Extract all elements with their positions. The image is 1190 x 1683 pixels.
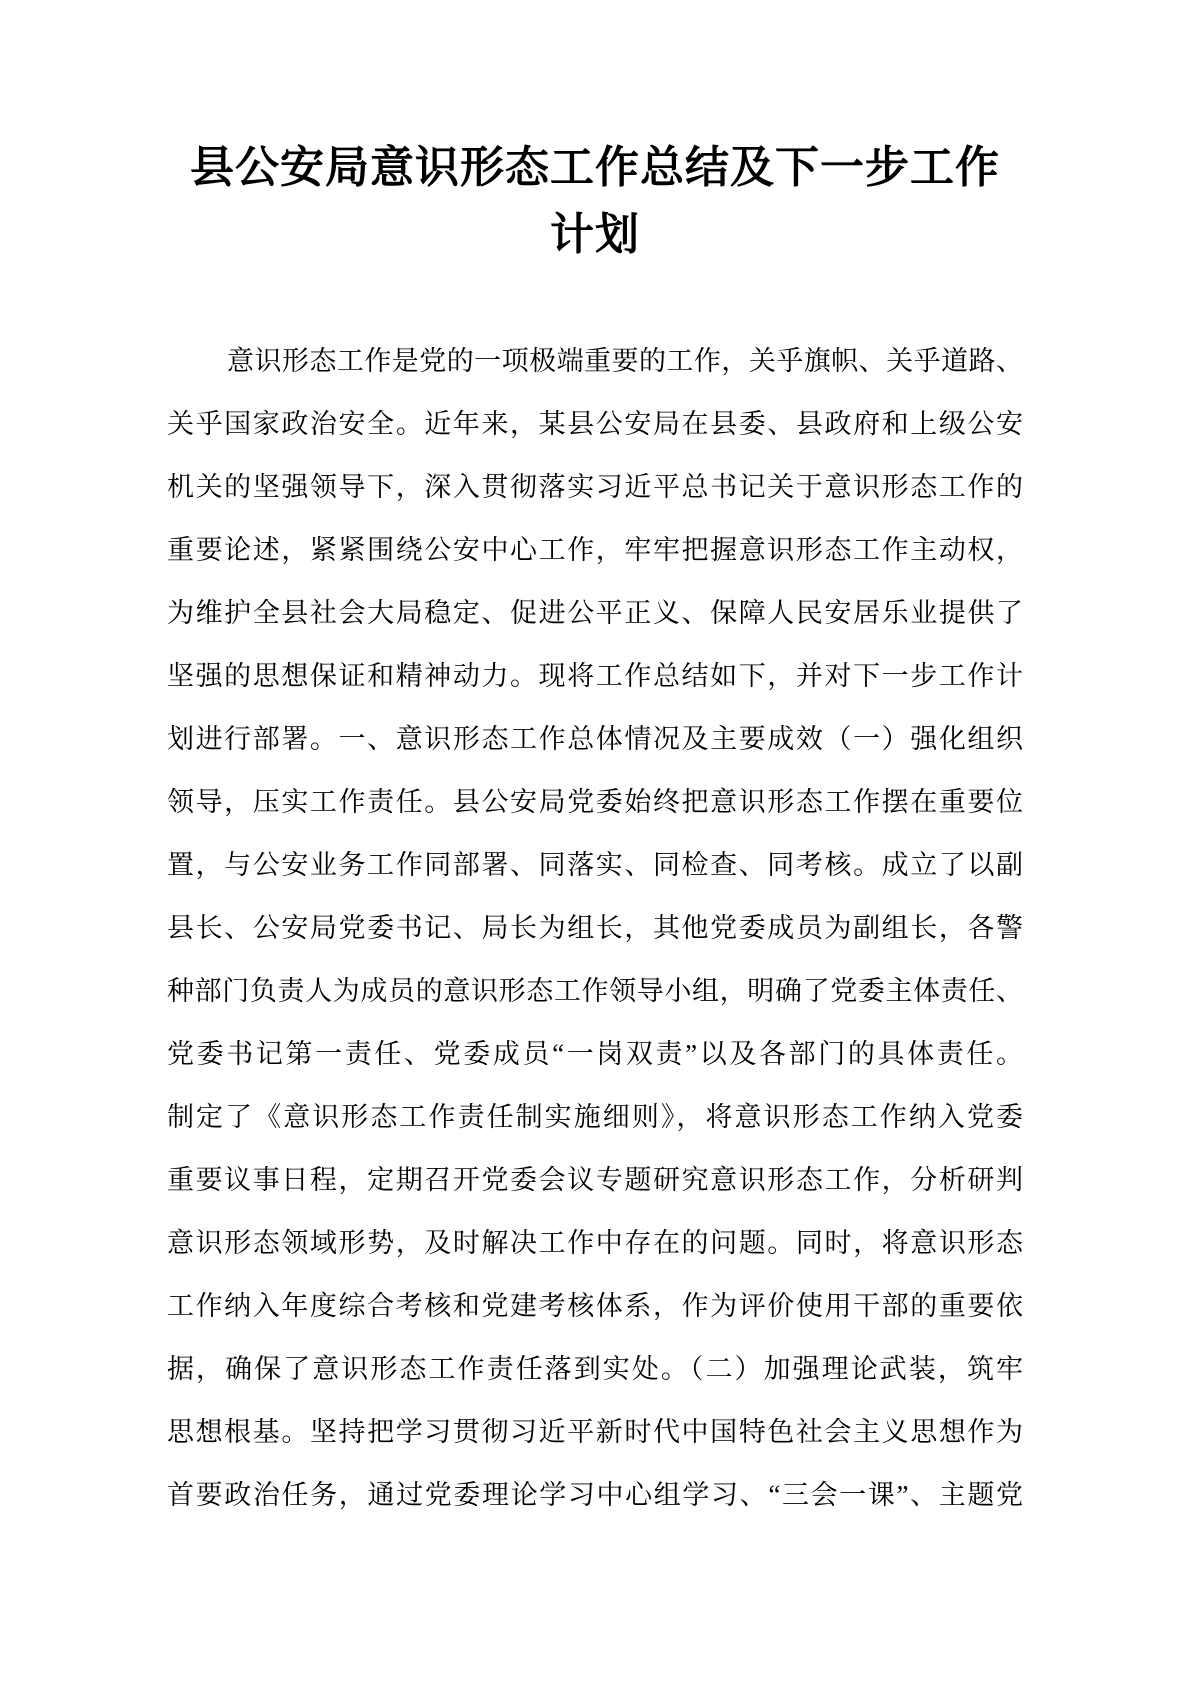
document-title-line-1: 县公安局意识形态工作总结及下一步工作 [135,134,1055,201]
body-line: 关乎国家政治安全。近年来，某县公安局在县委、县政府和上级公安 [167,393,1023,456]
body-line: 划进行部署。一、意识形态工作总体情况及主要成效（一）强化组织 [167,708,1023,771]
body-line: 县长、公安局党委书记、局长为组长，其他党委成员为副组长，各警 [167,897,1023,960]
body-line: 领导，压实工作责任。县公安局党委始终把意识形态工作摆在重要位 [167,771,1023,834]
body-line: 重要论述，紧紧围绕公安中心工作，牢牢把握意识形态工作主动权， [167,519,1023,582]
document-title: 县公安局意识形态工作总结及下一步工作 计划 [135,134,1055,268]
document-body: 意识形态工作是党的一项极端重要的工作，关乎旗帜、关乎道路、 关乎国家政治安全。近… [167,330,1023,1527]
body-line: 意识形态领域形势，及时解决工作中存在的问题。同时，将意识形态 [167,1212,1023,1275]
body-line: 置，与公安业务工作同部署、同落实、同检查、同考核。成立了以副 [167,834,1023,897]
body-line: 工作纳入年度综合考核和党建考核体系，作为评价使用干部的重要依 [167,1275,1023,1338]
body-line: 种部门负责人为成员的意识形态工作领导小组，明确了党委主体责任、 [167,960,1023,1023]
body-line: 首要政治任务，通过党委理论学习中心组学习、“三会一课”、主题党 [167,1464,1023,1527]
document-title-line-2: 计划 [135,201,1055,268]
body-line: 党委书记第一责任、党委成员“一岗双责”以及各部门的具体责任。 [167,1023,1023,1086]
body-line: 制定了《意识形态工作责任制实施细则》，将意识形态工作纳入党委 [167,1086,1023,1149]
body-line: 为维护全县社会大局稳定、促进公平正义、保障人民安居乐业提供了 [167,582,1023,645]
body-line: 据，确保了意识形态工作责任落到实处。（二）加强理论武装，筑牢 [167,1338,1023,1401]
body-line: 意识形态工作是党的一项极端重要的工作，关乎旗帜、关乎道路、 [167,330,1023,393]
body-line: 机关的坚强领导下，深入贯彻落实习近平总书记关于意识形态工作的 [167,456,1023,519]
body-line: 重要议事日程，定期召开党委会议专题研究意识形态工作，分析研判 [167,1149,1023,1212]
body-line: 思想根基。坚持把学习贯彻习近平新时代中国特色社会主义思想作为 [167,1401,1023,1464]
document-page: 县公安局意识形态工作总结及下一步工作 计划 意识形态工作是党的一项极端重要的工作… [0,0,1190,1683]
body-line: 坚强的思想保证和精神动力。现将工作总结如下，并对下一步工作计 [167,645,1023,708]
